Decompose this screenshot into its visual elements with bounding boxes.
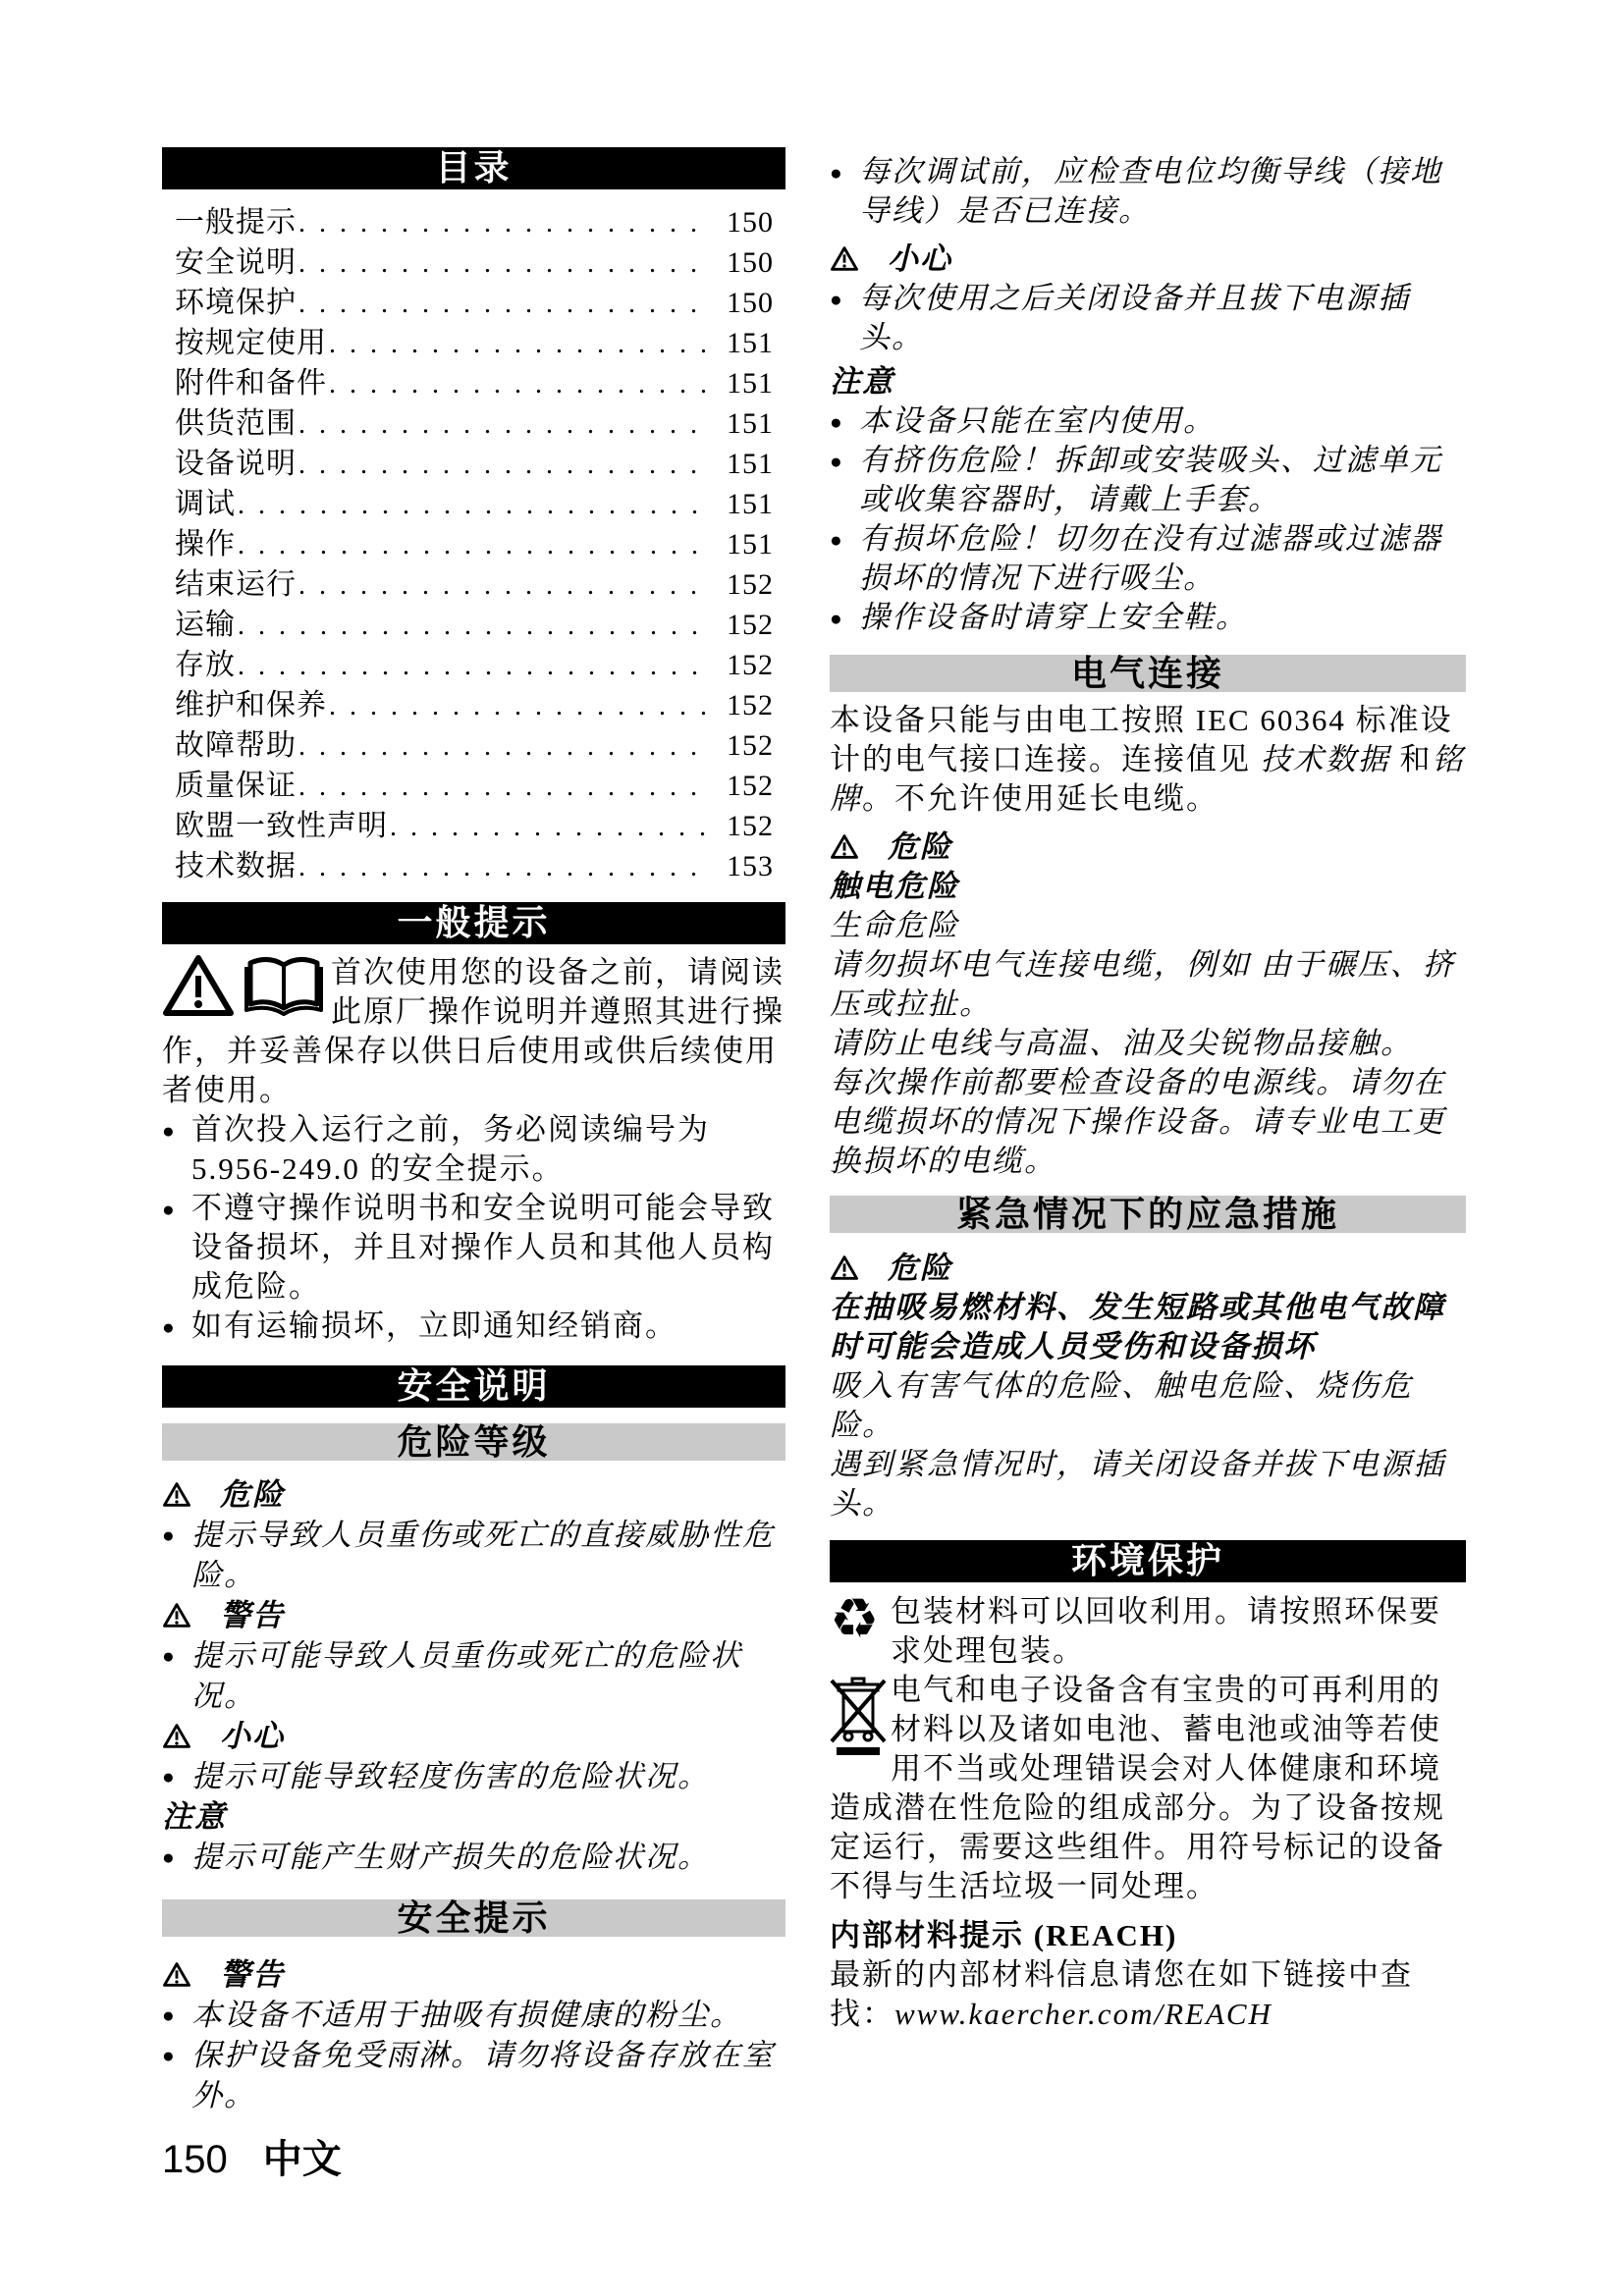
attention-bullets: 本设备只能在室内使用。有挤伤危险！拆卸或安装吸头、过滤单元或收集容器时，请戴上手… <box>830 401 1466 637</box>
environment-title: 环境保护 <box>1071 1541 1224 1580</box>
notice-label-row: 注意 <box>162 1796 785 1837</box>
toc-item: 操作......................................… <box>162 524 785 564</box>
warning-label: 危险 <box>220 1474 285 1515</box>
reach-paragraph: 最新的内部材料信息请您在如下链接中查找：www.kaercher.com/REA… <box>830 1955 1466 2034</box>
danger-levels-title: 危险等级 <box>397 1422 550 1462</box>
toc-leader-dots: ........................................… <box>238 525 709 565</box>
toc-item: 设备说明....................................… <box>162 444 785 484</box>
emergency-danger-label: 危险 <box>888 1249 952 1288</box>
toc-page-number: 152 <box>713 685 774 725</box>
toc-item: 供货范围....................................… <box>162 403 785 444</box>
toc-leader-dots: ........................................… <box>329 324 709 364</box>
toc-item-label: 质量保证 <box>175 766 297 806</box>
toc-leader-dots: ........................................… <box>298 726 709 767</box>
toc-item: 运输......................................… <box>162 605 785 645</box>
manual-page: 目录 一般提示.................................… <box>0 0 1624 2296</box>
warning-triangle-icon <box>162 1481 191 1508</box>
electrical-danger-label: 危险 <box>888 828 952 867</box>
bullet-item: 提示导致人员重伤或死亡的直接威胁性危险。 <box>162 1515 785 1595</box>
toc-item: 故障帮助....................................… <box>162 725 785 766</box>
toc-list: 一般提示....................................… <box>162 202 785 886</box>
toc-item: 附件和备件...................................… <box>162 363 785 403</box>
intro-icons <box>162 953 331 1018</box>
safety-notes-title: 安全提示 <box>397 1898 550 1938</box>
electrical-danger-paragraphs: 触电危险生命危险请勿损坏电气连接电缆，例如 由于碾压、挤压或拉扯。请防止电线与高… <box>830 867 1466 1181</box>
warning-triangle-icon <box>830 245 859 272</box>
paragraph-line: 生命危险 <box>830 906 1466 945</box>
toc-page-number: 151 <box>713 403 774 444</box>
safety-instructions-header: 安全说明 <box>162 1365 785 1408</box>
toc-leader-dots: ........................................… <box>238 485 709 525</box>
crossed-out-wheeled-bin-icon <box>830 1671 891 1779</box>
text-segment: 技术数据 <box>1261 742 1390 776</box>
toc-header: 目录 <box>162 147 785 189</box>
caution-bullets: 每次使用之后关闭设备并且拔下电源插头。 <box>830 279 1466 357</box>
electrical-connection-header: 电气连接 <box>830 655 1466 692</box>
toc-page-number: 152 <box>713 564 774 605</box>
recycle-text: 包装材料可以回收利用。请按照环保要求处理包装。 <box>891 1594 1441 1668</box>
toc-item: 存放......................................… <box>162 645 785 685</box>
toc-leader-dots: ........................................… <box>238 646 709 686</box>
footer-page-number: 150 <box>162 2140 228 2179</box>
toc-leader-dots: ........................................… <box>390 807 709 847</box>
danger-levels-list: 危险提示导致人员重伤或死亡的直接威胁性危险。警告提示可能导致人员重伤或死亡的危险… <box>162 1474 785 1877</box>
toc-item-label: 安全说明 <box>175 242 297 283</box>
toc-page-number: 153 <box>713 846 774 886</box>
toc-item-label: 故障帮助 <box>175 725 297 766</box>
toc-item: 按规定使用...................................… <box>162 323 785 363</box>
attention-label: 注意 <box>830 361 1466 401</box>
toc-item-label: 供货范围 <box>175 403 297 444</box>
bullet-item: 本设备不适用于抽吸有损健康的粉尘。 <box>162 1995 785 2035</box>
general-notes-bullets: 首次投入运行之前，务必阅读编号为 5.956-249.0 的安全提示。不遵守操作… <box>162 1110 785 1346</box>
caution-label: 小心 <box>888 240 952 279</box>
general-notes-header: 一般提示 <box>162 902 785 944</box>
toc-leader-dots: ........................................… <box>329 686 709 726</box>
bullet-item: 提示可能导致人员重伤或死亡的危险状况。 <box>162 1635 785 1716</box>
safety-instructions-title: 安全说明 <box>397 1366 550 1406</box>
paragraph-line: 请勿损坏电气连接电缆，例如 由于碾压、挤压或拉扯。 <box>830 945 1466 1024</box>
toc-item-label: 附件和备件 <box>175 363 327 403</box>
danger-levels-header: 危险等级 <box>162 1423 785 1461</box>
toc-leader-dots: ........................................… <box>298 243 709 284</box>
toc-page-number: 150 <box>713 242 774 283</box>
emergency-title: 紧急情况下的应急措施 <box>956 1195 1339 1234</box>
warning-label-row: 小心 <box>162 1716 785 1756</box>
bullet-item: 如有运输损坏，立即通知经销商。 <box>162 1307 785 1346</box>
recycle-block: 包装材料可以回收利用。请按照环保要求处理包装。 <box>830 1592 1466 1671</box>
toc-page-number: 150 <box>713 283 774 323</box>
emergency-paragraphs: 在抽吸易燃材料、发生短路或其他电气故障时可能会造成人员受伤和设备损坏吸入有害气体… <box>830 1288 1466 1523</box>
weee-block: 电气和电子设备含有宝贵的可再利用的材料以及诸如电池、蓄电池或油等若使用不当或处理… <box>830 1671 1466 1906</box>
toc-item: 结束运行....................................… <box>162 564 785 605</box>
paragraph-line: 触电危险 <box>830 867 1466 906</box>
warning-label: 小心 <box>220 1716 285 1756</box>
toc-item-label: 一般提示 <box>175 202 297 242</box>
toc-page-number: 151 <box>713 524 774 564</box>
warning-triangle-icon <box>830 833 859 860</box>
safety-notes-warning-row: 警告 <box>162 1954 785 1995</box>
toc-item: 维护和保养...................................… <box>162 685 785 725</box>
toc-leader-dots: ........................................… <box>298 404 709 445</box>
toc-page-number: 151 <box>713 444 774 484</box>
electrical-connection-title: 电气连接 <box>1071 654 1224 693</box>
text-segment: www.kaercher.com/REACH <box>894 1997 1272 2031</box>
toc-item-label: 环境保护 <box>175 283 297 323</box>
toc-item: 安全说明....................................… <box>162 242 785 283</box>
toc-item-label: 按规定使用 <box>175 323 327 363</box>
toc-leader-dots: ........................................… <box>298 767 709 807</box>
bullet-item: 本设备只能在室内使用。 <box>830 401 1466 441</box>
toc-item-label: 技术数据 <box>175 846 297 886</box>
paragraph-line: 请防止电线与高温、油及尖锐物品接触。 <box>830 1024 1466 1063</box>
safety-notes-bullets: 本设备不适用于抽吸有损健康的粉尘。保护设备免受雨淋。请勿将设备存放在室外。 <box>162 1995 785 2115</box>
weee-text: 电气和电子设备含有宝贵的可再利用的材料以及诸如电池、蓄电池或油等若使用不当或处理… <box>830 1673 1445 1903</box>
footer-language: 中文 <box>263 2140 342 2179</box>
text-segment: 和 <box>1390 742 1433 776</box>
toc-item: 调试......................................… <box>162 484 785 524</box>
warning-label: 警告 <box>220 1595 285 1635</box>
warning-triangle-icon <box>830 1255 859 1281</box>
electrical-connection-paragraph: 本设备只能与由电工按照 IEC 60364 标准设计的电气接口连接。连接值见 技… <box>830 701 1466 819</box>
electrical-danger-row: 危险 <box>830 827 1466 867</box>
open-book-icon <box>243 955 325 1016</box>
toc-item: 欧盟一致性声明.................................… <box>162 806 785 846</box>
toc-page-number: 151 <box>713 363 774 403</box>
toc-leader-dots: ........................................… <box>298 203 709 243</box>
recycling-icon <box>830 1592 891 1647</box>
general-notes-intro: 首次使用您的设备之前，请阅读此原厂操作说明并遵照其进行操作，并妥善保存以供日后使… <box>162 953 785 1110</box>
bullet-item: 每次调试前，应检查电位均衡导线（接地导线）是否已连接。 <box>830 152 1466 231</box>
left-column: 目录 一般提示.................................… <box>162 147 785 2115</box>
warning-label-row: 危险 <box>162 1474 785 1515</box>
environment-header: 环境保护 <box>830 1540 1466 1582</box>
toc-leader-dots: ........................................… <box>238 606 709 646</box>
bullet-item: 不遵守操作说明书和安全说明可能会导致设备损坏，并且对操作人员和其他人员构成危险。 <box>162 1189 785 1307</box>
paragraph-line: 吸入有害气体的危险、触电危险、烧伤危险。 <box>830 1366 1466 1445</box>
toc-leader-dots: ........................................… <box>298 847 709 887</box>
safety-notes-warning-label: 警告 <box>220 1955 285 1995</box>
reach-title: 内部材料提示 (REACH) <box>830 1916 1466 1955</box>
toc-leader-dots: ........................................… <box>298 565 709 606</box>
emergency-header: 紧急情况下的应急措施 <box>830 1196 1466 1233</box>
toc-page-number: 152 <box>713 645 774 685</box>
paragraph-line: 遇到紧急情况时，请关闭设备并拔下电源插头。 <box>830 1445 1466 1523</box>
toc-page-number: 152 <box>713 806 774 846</box>
emergency-danger-row: 危险 <box>830 1248 1466 1288</box>
safety-notes-header: 安全提示 <box>162 1899 785 1937</box>
toc-item: 一般提示....................................… <box>162 202 785 242</box>
toc-page-number: 150 <box>713 202 774 242</box>
general-notes-title: 一般提示 <box>397 903 550 942</box>
bullet-item: 每次使用之后关闭设备并且拔下电源插头。 <box>830 279 1466 357</box>
toc-page-number: 152 <box>713 605 774 645</box>
toc-item-label: 设备说明 <box>175 444 297 484</box>
bullet-item: 提示可能产生财产损失的危险状况。 <box>162 1837 785 1877</box>
toc-page-number: 152 <box>713 766 774 806</box>
bullet-item: 首次投入运行之前，务必阅读编号为 5.956-249.0 的安全提示。 <box>162 1110 785 1189</box>
toc-item-label: 存放 <box>175 645 236 685</box>
toc-page-number: 151 <box>713 484 774 524</box>
toc-leader-dots: ........................................… <box>298 445 709 485</box>
toc-item-label: 欧盟一致性声明 <box>175 806 388 846</box>
bullet-item: 有损坏危险！切勿在没有过滤器或过滤器损坏的情况下进行吸尘。 <box>830 519 1466 598</box>
bullet-item: 保护设备免受雨淋。请勿将设备存放在室外。 <box>162 2035 785 2115</box>
toc-item-label: 运输 <box>175 605 236 645</box>
text-segment: 。不允许使用延长电缆。 <box>862 781 1218 816</box>
bullet-item: 提示可能导致轻度伤害的危险状况。 <box>162 1756 785 1796</box>
toc-title: 目录 <box>435 148 512 187</box>
toc-leader-dots: ........................................… <box>329 364 709 404</box>
caution-row: 小心 <box>830 239 1466 279</box>
warning-triangle-icon <box>162 1961 191 1988</box>
toc-leader-dots: ........................................… <box>298 284 709 324</box>
right-column: 每次调试前，应检查电位均衡导线（接地导线）是否已连接。 小心 每次使用之后关闭设… <box>830 147 1466 2034</box>
toc-item-label: 维护和保养 <box>175 685 327 725</box>
bullet-item: 操作设备时请穿上安全鞋。 <box>830 598 1466 637</box>
toc-page-number: 151 <box>713 323 774 363</box>
toc-page-number: 152 <box>713 725 774 766</box>
toc-item: 技术数据....................................… <box>162 846 785 886</box>
warning-triangle-icon <box>162 1723 191 1749</box>
toc-item: 环境保护....................................… <box>162 283 785 323</box>
bullet-item: 有挤伤危险！拆卸或安装吸头、过滤单元或收集容器时，请戴上手套。 <box>830 441 1466 519</box>
toc-item-label: 操作 <box>175 524 236 564</box>
warning-triangle-icon <box>162 954 235 1017</box>
continued-bullets: 每次调试前，应检查电位均衡导线（接地导线）是否已连接。 <box>830 152 1466 231</box>
paragraph-line: 在抽吸易燃材料、发生短路或其他电气故障时可能会造成人员受伤和设备损坏 <box>830 1288 1466 1366</box>
toc-item-label: 调试 <box>175 484 236 524</box>
warning-label-row: 警告 <box>162 1595 785 1635</box>
toc-item: 质量保证....................................… <box>162 766 785 806</box>
warning-triangle-icon <box>162 1602 191 1629</box>
toc-item-label: 结束运行 <box>175 564 297 605</box>
page-footer: 150 中文 <box>162 2140 342 2179</box>
paragraph-line: 每次操作前都要检查设备的电源线。请勿在电缆损坏的情况下操作设备。请专业电工更换损… <box>830 1063 1466 1181</box>
